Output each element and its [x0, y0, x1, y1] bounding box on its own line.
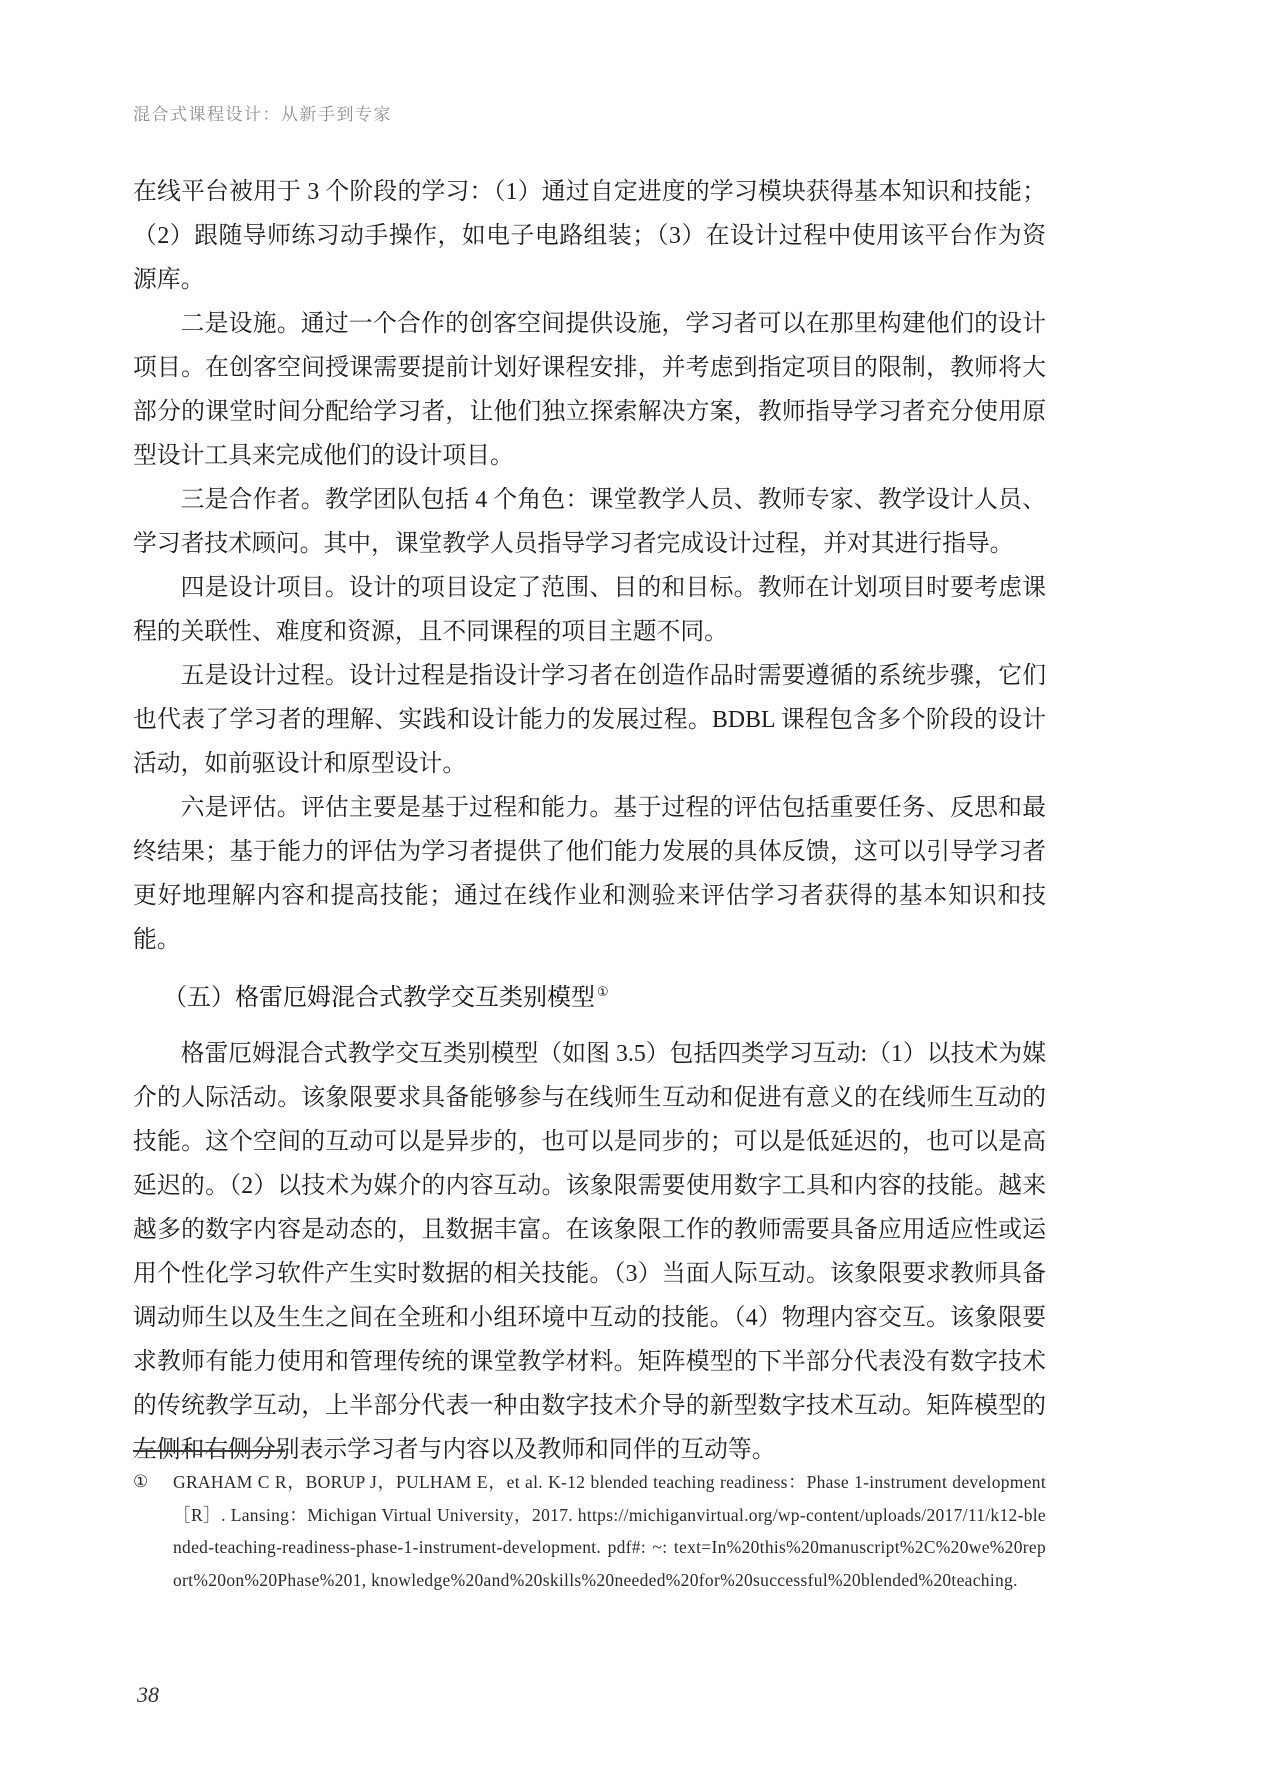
- footnote-section: ① GRAHAM C R，BORUP J，PULHAM E，et al. K-1…: [133, 1450, 1046, 1596]
- running-header: 混合式课程设计：从新手到专家: [133, 100, 392, 125]
- body-paragraph: 三是合作者。教学团队包括 4 个角色：课堂教学人员、教师专家、教学设计人员、学习…: [133, 478, 1046, 566]
- body-paragraph: 二是设施。通过一个合作的创客空间提供设施，学习者可以在那里构建他们的设计项目。在…: [133, 302, 1046, 478]
- book-page: 混合式课程设计：从新手到专家 在线平台被用于 3 个阶段的学习：（1）通过自定进…: [0, 0, 1280, 1782]
- section-heading: （五）格雷厄姆混合式教学交互类别模型①: [133, 976, 1046, 1020]
- body-paragraph: 四是设计项目。设计的项目设定了范围、目的和目标。教师在计划项目时要考虑课程的关联…: [133, 566, 1046, 654]
- page-number: 38: [137, 1682, 159, 1708]
- section-heading-label: （五）格雷厄姆混合式教学交互类别模型: [163, 984, 595, 1011]
- page-body: 在线平台被用于 3 个阶段的学习：（1）通过自定进度的学习模块获得基本知识和技能…: [133, 170, 1046, 1472]
- footnote-marker: ①: [133, 1466, 173, 1499]
- footnote-divider: [133, 1450, 285, 1452]
- body-paragraph: 格雷厄姆混合式教学交互类别模型（如图 3.5）包括四类学习互动:（1）以技术为媒…: [133, 1032, 1046, 1472]
- footnote-text: GRAHAM C R，BORUP J，PULHAM E，et al. K-12 …: [173, 1466, 1046, 1596]
- body-paragraph: 五是设计过程。设计过程是指设计学习者在创造作品时需要遵循的系统步骤，它们也代表了…: [133, 654, 1046, 786]
- body-paragraph: 在线平台被用于 3 个阶段的学习：（1）通过自定进度的学习模块获得基本知识和技能…: [133, 170, 1046, 302]
- body-paragraph: 六是评估。评估主要是基于过程和能力。基于过程的评估包括重要任务、反思和最终结果；…: [133, 786, 1046, 962]
- footnote-reference-mark: ①: [597, 984, 609, 999]
- footnote: ① GRAHAM C R，BORUP J，PULHAM E，et al. K-1…: [133, 1466, 1046, 1596]
